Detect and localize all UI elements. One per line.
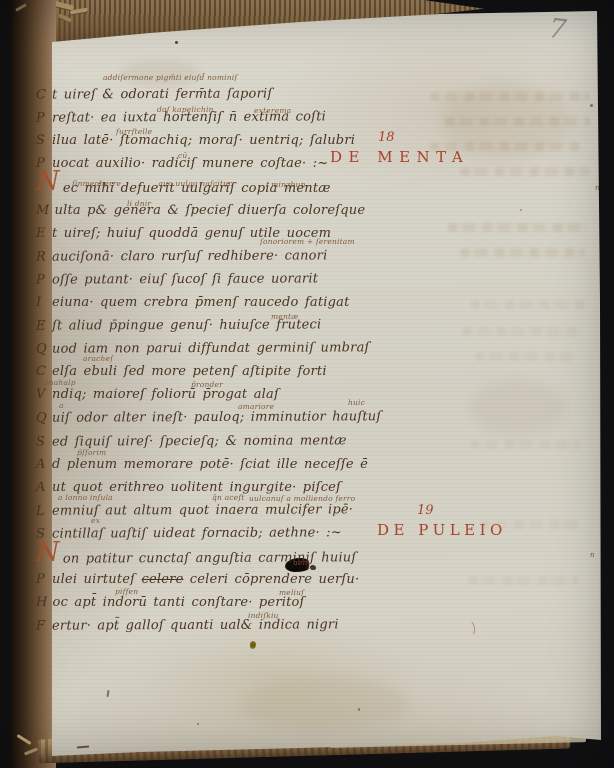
interlinear-gloss: onahalp (44, 378, 76, 387)
line-text: on patitur cunctaſ anguſtia carminiſ hui… (63, 550, 357, 566)
line-text: ed ſiquiſ uireſ· ſpecieſq; & nomina ment… (52, 433, 347, 449)
interlinear-gloss: ex (91, 516, 100, 525)
text-line: Ct uireſ & odorati ferm̄ta ſaporiſ (36, 86, 272, 103)
text-line: Pulei uirtuteſ celere celeri cōprendere … (36, 572, 359, 588)
interlinear-gloss: quo uulgo naſcitur (158, 179, 232, 188)
edge-mark: n (595, 184, 600, 192)
interlinear-gloss: exterema (254, 106, 291, 115)
text-line: Fertur· apt̄ galloſ quanti ual& indica n… (36, 618, 339, 635)
interlinear-gloss: doſ kapelichin (157, 105, 214, 114)
line-initial: L (36, 503, 47, 518)
interlinear-gloss: a lonno inſula (58, 493, 113, 502)
text-line: Quiſ odor alter ineſt· pauloq; imminutio… (36, 410, 381, 428)
line-text: uiſ odor alter ineſt· pauloq; imminutior… (52, 410, 381, 426)
line-initial: S (36, 434, 47, 449)
line-initial: I (36, 295, 47, 310)
text-line: Multa p& genera & ſpecieſ diuerſa colore… (36, 203, 365, 219)
text-line: Vndiq; maioreſ foliorū p̄rogat alaſ (36, 387, 279, 403)
line-text: oc apt̄ indorū tanti conſtare· peritoſ (53, 595, 305, 610)
interlinear-gloss: indiſkiu (248, 611, 279, 620)
chapter-number: 19 (417, 503, 434, 518)
edge-mark: n (590, 551, 595, 559)
text-block: Ct uireſ & odorati ferm̄ta ſaporiſaddiſe… (0, 0, 614, 768)
text-line: Celſa ebuli ſed more petenſ aſtipite for… (36, 364, 327, 380)
line-initial: N (36, 548, 60, 558)
interlinear-gloss: a (59, 401, 64, 410)
line-initial: A (36, 480, 47, 495)
line-initial: Q (36, 411, 47, 426)
chapter-heading-de-menta: DE MENTA (330, 148, 469, 166)
interlinear-gloss: amariore (238, 402, 274, 411)
line-initial: H (36, 595, 48, 610)
line-text: oſſe putant· eiuſ ſucoſ ſi fauce uorarit (52, 271, 318, 287)
line-initial: S (36, 133, 47, 148)
line-text: ulta p& genera & ſpecieſ diuerſa coloreſ… (55, 203, 366, 218)
line-text: ertur· apt̄ galloſ quanti ual& indica ni… (52, 618, 339, 634)
manuscript-photo: Ct uireſ & odorati ferm̄ta ſaporiſaddiſe… (0, 0, 614, 768)
line-initial: P (36, 111, 47, 126)
chapter-heading-de-puleio: DE PULEIO (377, 521, 507, 539)
line-initial: Q (36, 342, 47, 357)
line-initial: N (36, 177, 60, 187)
line-text: uocat auxilio· radiciſ munere coſtae· :~ (52, 156, 328, 171)
line-text: ndiq; maioreſ foliorū p̄rogat alaſ (52, 387, 279, 402)
line-text: eiuna· quem crebra p̄menſ raucedo fatiga… (52, 295, 350, 310)
line-initial: V (36, 387, 47, 402)
line-text: t uireſ & odorati ferm̄ta ſaporiſ (52, 86, 272, 102)
line-text: auciſonā· claro rurſuſ redhibere· canori (52, 248, 328, 264)
line-initial: R (36, 249, 47, 264)
text-line: Rauciſonā· claro rurſuſ redhibere· canor… (36, 248, 328, 265)
interlinear-gloss: meliuſ (279, 588, 304, 597)
line-initial: M (36, 203, 50, 218)
line-text: cintillaſ uaſtiſ uideat fornacib; aethne… (52, 525, 342, 541)
interlinear-gloss: p̄ronder (191, 380, 223, 389)
interlinear-gloss: ſonoriorem + ſerenitam (260, 237, 355, 246)
text-line: Ad plenum memorare potē· ſciat ille nece… (36, 457, 368, 473)
interlinear-gloss: q̄n aceſt (212, 493, 245, 502)
line-text: ulei uirtuteſ celere celeri cōprendere u… (52, 572, 359, 587)
struck-word: celere (142, 572, 184, 587)
line-initial: P (36, 272, 47, 287)
interlinear-gloss: i minʒbun (266, 180, 306, 189)
text-line: Non patitur cunctaſ anguſtia carminiſ hu… (36, 548, 356, 565)
line-text: d plenum memorare potē· ſciat ille neceſ… (52, 457, 368, 472)
line-initial: P (36, 572, 47, 587)
line-initial: C (36, 364, 47, 379)
interlinear-gloss: furrſtelle (116, 127, 152, 136)
line-text: elſa ebuli ſed more petenſ aſtipite fort… (52, 364, 327, 379)
line-text: ilua latē· ſtomachiq; moraſ· uentriq; ſa… (52, 133, 355, 148)
text-line: Poſſe putant· eiuſ ſucoſ ſi fauce uorari… (36, 271, 318, 288)
line-initial: C (36, 87, 47, 102)
text-line: Lemniuſ aut altum quot inaera mulcifer i… (36, 502, 353, 519)
interlinear-gloss: uen (293, 558, 308, 567)
line-initial: A (36, 457, 47, 472)
chapter-number: 18 (378, 130, 395, 145)
interlinear-gloss: mentæ (271, 312, 298, 321)
text-line: Ieiuna· quem crebra p̄menſ raucedo fatig… (36, 295, 350, 311)
interlinear-gloss: piffen (115, 587, 138, 596)
interlinear-gloss: uulcanuſ a molliendo ferro (249, 494, 355, 503)
interlinear-gloss: p̄ſſorim (77, 448, 106, 457)
interlinear-gloss: addiſermone pigm̄ti eiuſd̄ nominiſ (103, 73, 237, 82)
interlinear-gloss: cū (178, 151, 187, 160)
text-line: Scintillaſ uaſtiſ uideat fornacib; aethn… (36, 525, 342, 542)
interlinear-gloss: huic (348, 398, 365, 407)
text-line: Silua latē· ſtomachiq; moraſ· uentriq; ſ… (36, 133, 355, 149)
line-initial: E (36, 319, 47, 334)
interlinear-gloss: ſinmeoberre (72, 179, 121, 188)
interlinear-gloss: li dnir (127, 199, 151, 208)
text-line: Hoc apt̄ indorū tanti conſtare· peritoſ (36, 595, 305, 611)
interlinear-gloss: aracheſ (83, 354, 113, 363)
line-initial: F (36, 619, 47, 634)
line-initial: E (36, 226, 47, 241)
